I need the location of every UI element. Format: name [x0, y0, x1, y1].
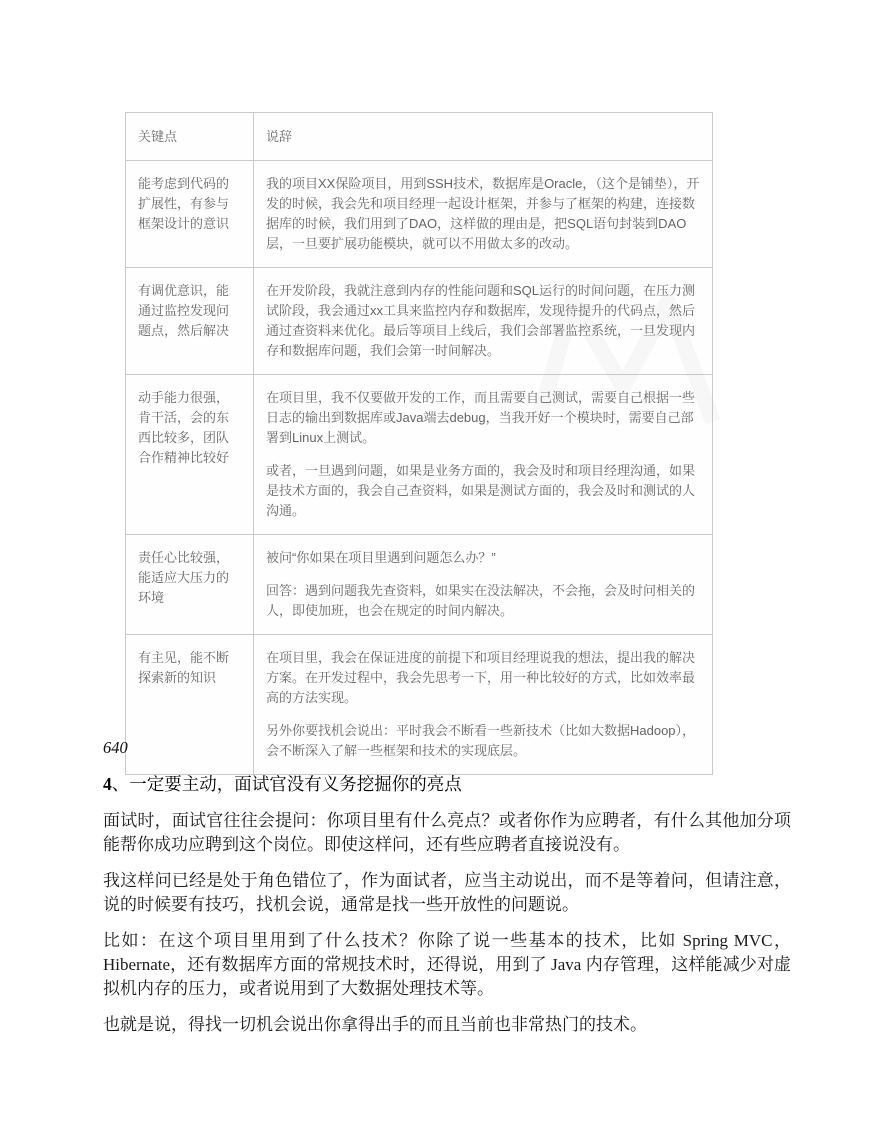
script-cell: 我的项目XX保险项目，用到SSH技术，数据库是Oracle，（这个是铺垫），开发…	[254, 161, 713, 268]
script-paragraph: 在开发阶段，我就注意到内存的性能问题和SQL运行的时间问题，在压力测试阶段，我会…	[266, 281, 700, 361]
keypoint-text: 责任心比较强，能适应大压力的环境	[138, 548, 241, 608]
keypoint-cell: 有调优意识，能通过监控发现问题点，然后解决	[126, 268, 254, 375]
table-row: 责任心比较强，能适应大压力的环境 被问“你如果在项目里遇到问题怎么办？” 回答：…	[126, 535, 713, 635]
keypoint-cell: 动手能力很强，肯干活，会的东西比较多，团队合作精神比较好	[126, 375, 254, 535]
script-paragraph: 在项目里，我不仅要做开发的工作，而且需要自己测试，需要自己根据一些日志的输出到数…	[266, 388, 700, 448]
script-cell: 在项目里，我不仅要做开发的工作，而且需要自己测试，需要自己根据一些日志的输出到数…	[254, 375, 713, 535]
header-keypoint: 关键点	[126, 113, 254, 161]
section-heading: 4、一定要主动，面试官没有义务挖掘你的亮点	[103, 772, 791, 796]
keypoint-text: 有调优意识，能通过监控发现问题点，然后解决	[138, 281, 241, 341]
table-row: 能考虑到代码的扩展性，有参与框架设计的意识 我的项目XX保险项目，用到SSH技术…	[126, 161, 713, 268]
document-page: 关键点 说辞 能考虑到代码的扩展性，有参与框架设计的意识 我的项目XX保险项目，…	[0, 0, 884, 1144]
body-paragraph: 我这样问已经是处于角色错位了，作为面试者，应当主动说出，而不是等着问，但请注意，…	[103, 869, 791, 917]
section-title-text: 、一定要主动，面试官没有义务挖掘你的亮点	[112, 774, 462, 794]
script-paragraph: 或者，一旦遇到问题，如果是业务方面的，我会及时和项目经理沟通，如果是技术方面的，…	[266, 461, 700, 521]
body-paragraph: 比如：在这个项目里用到了什么技术？你除了说一些基本的技术，比如 Spring M…	[103, 929, 791, 1001]
keypoint-text: 能考虑到代码的扩展性，有参与框架设计的意识	[138, 174, 241, 234]
script-cell: 被问“你如果在项目里遇到问题怎么办？” 回答：遇到问题我先查资料，如果实在没法解…	[254, 535, 713, 635]
script-paragraph: 被问“你如果在项目里遇到问题怎么办？”	[266, 548, 700, 568]
script-paragraph: 我的项目XX保险项目，用到SSH技术，数据库是Oracle，（这个是铺垫），开发…	[266, 174, 700, 254]
keypoint-cell: 能考虑到代码的扩展性，有参与框架设计的意识	[126, 161, 254, 268]
table-row: 有调优意识，能通过监控发现问题点，然后解决 在开发阶段，我就注意到内存的性能问题…	[126, 268, 713, 375]
table-header-row: 关键点 说辞	[126, 113, 713, 161]
script-paragraph: 回答：遇到问题我先查资料，如果实在没法解决，不会拖，会及时问相关的人，即使加班，…	[266, 581, 700, 621]
keypoint-text: 动手能力很强，肯干活，会的东西比较多，团队合作精神比较好	[138, 388, 241, 468]
body-content: 640 4、一定要主动，面试官没有义务挖掘你的亮点 面试时，面试官往往会提问：你…	[103, 738, 791, 1037]
keypoint-cell: 责任心比较强，能适应大压力的环境	[126, 535, 254, 635]
interview-keypoints-table: 关键点 说辞 能考虑到代码的扩展性，有参与框架设计的意识 我的项目XX保险项目，…	[125, 112, 713, 775]
body-paragraph: 也就是说，得找一切机会说出你拿得出手的而且当前也非常热门的技术。	[103, 1013, 791, 1037]
header-script: 说辞	[254, 113, 713, 161]
page-number: 640	[103, 738, 791, 758]
keypoint-text: 有主见，能不断探索新的知识	[138, 648, 241, 688]
body-paragraph: 面试时，面试官往往会提问：你项目里有什么亮点？或者你作为应聘者，有什么其他加分项…	[103, 809, 791, 857]
section-number: 4	[103, 774, 112, 794]
script-cell: 在开发阶段，我就注意到内存的性能问题和SQL运行的时间问题，在压力测试阶段，我会…	[254, 268, 713, 375]
script-paragraph: 在项目里，我会在保证进度的前提下和项目经理说我的想法，提出我的解决方案。在开发过…	[266, 648, 700, 708]
table-row: 动手能力很强，肯干活，会的东西比较多，团队合作精神比较好 在项目里，我不仅要做开…	[126, 375, 713, 535]
